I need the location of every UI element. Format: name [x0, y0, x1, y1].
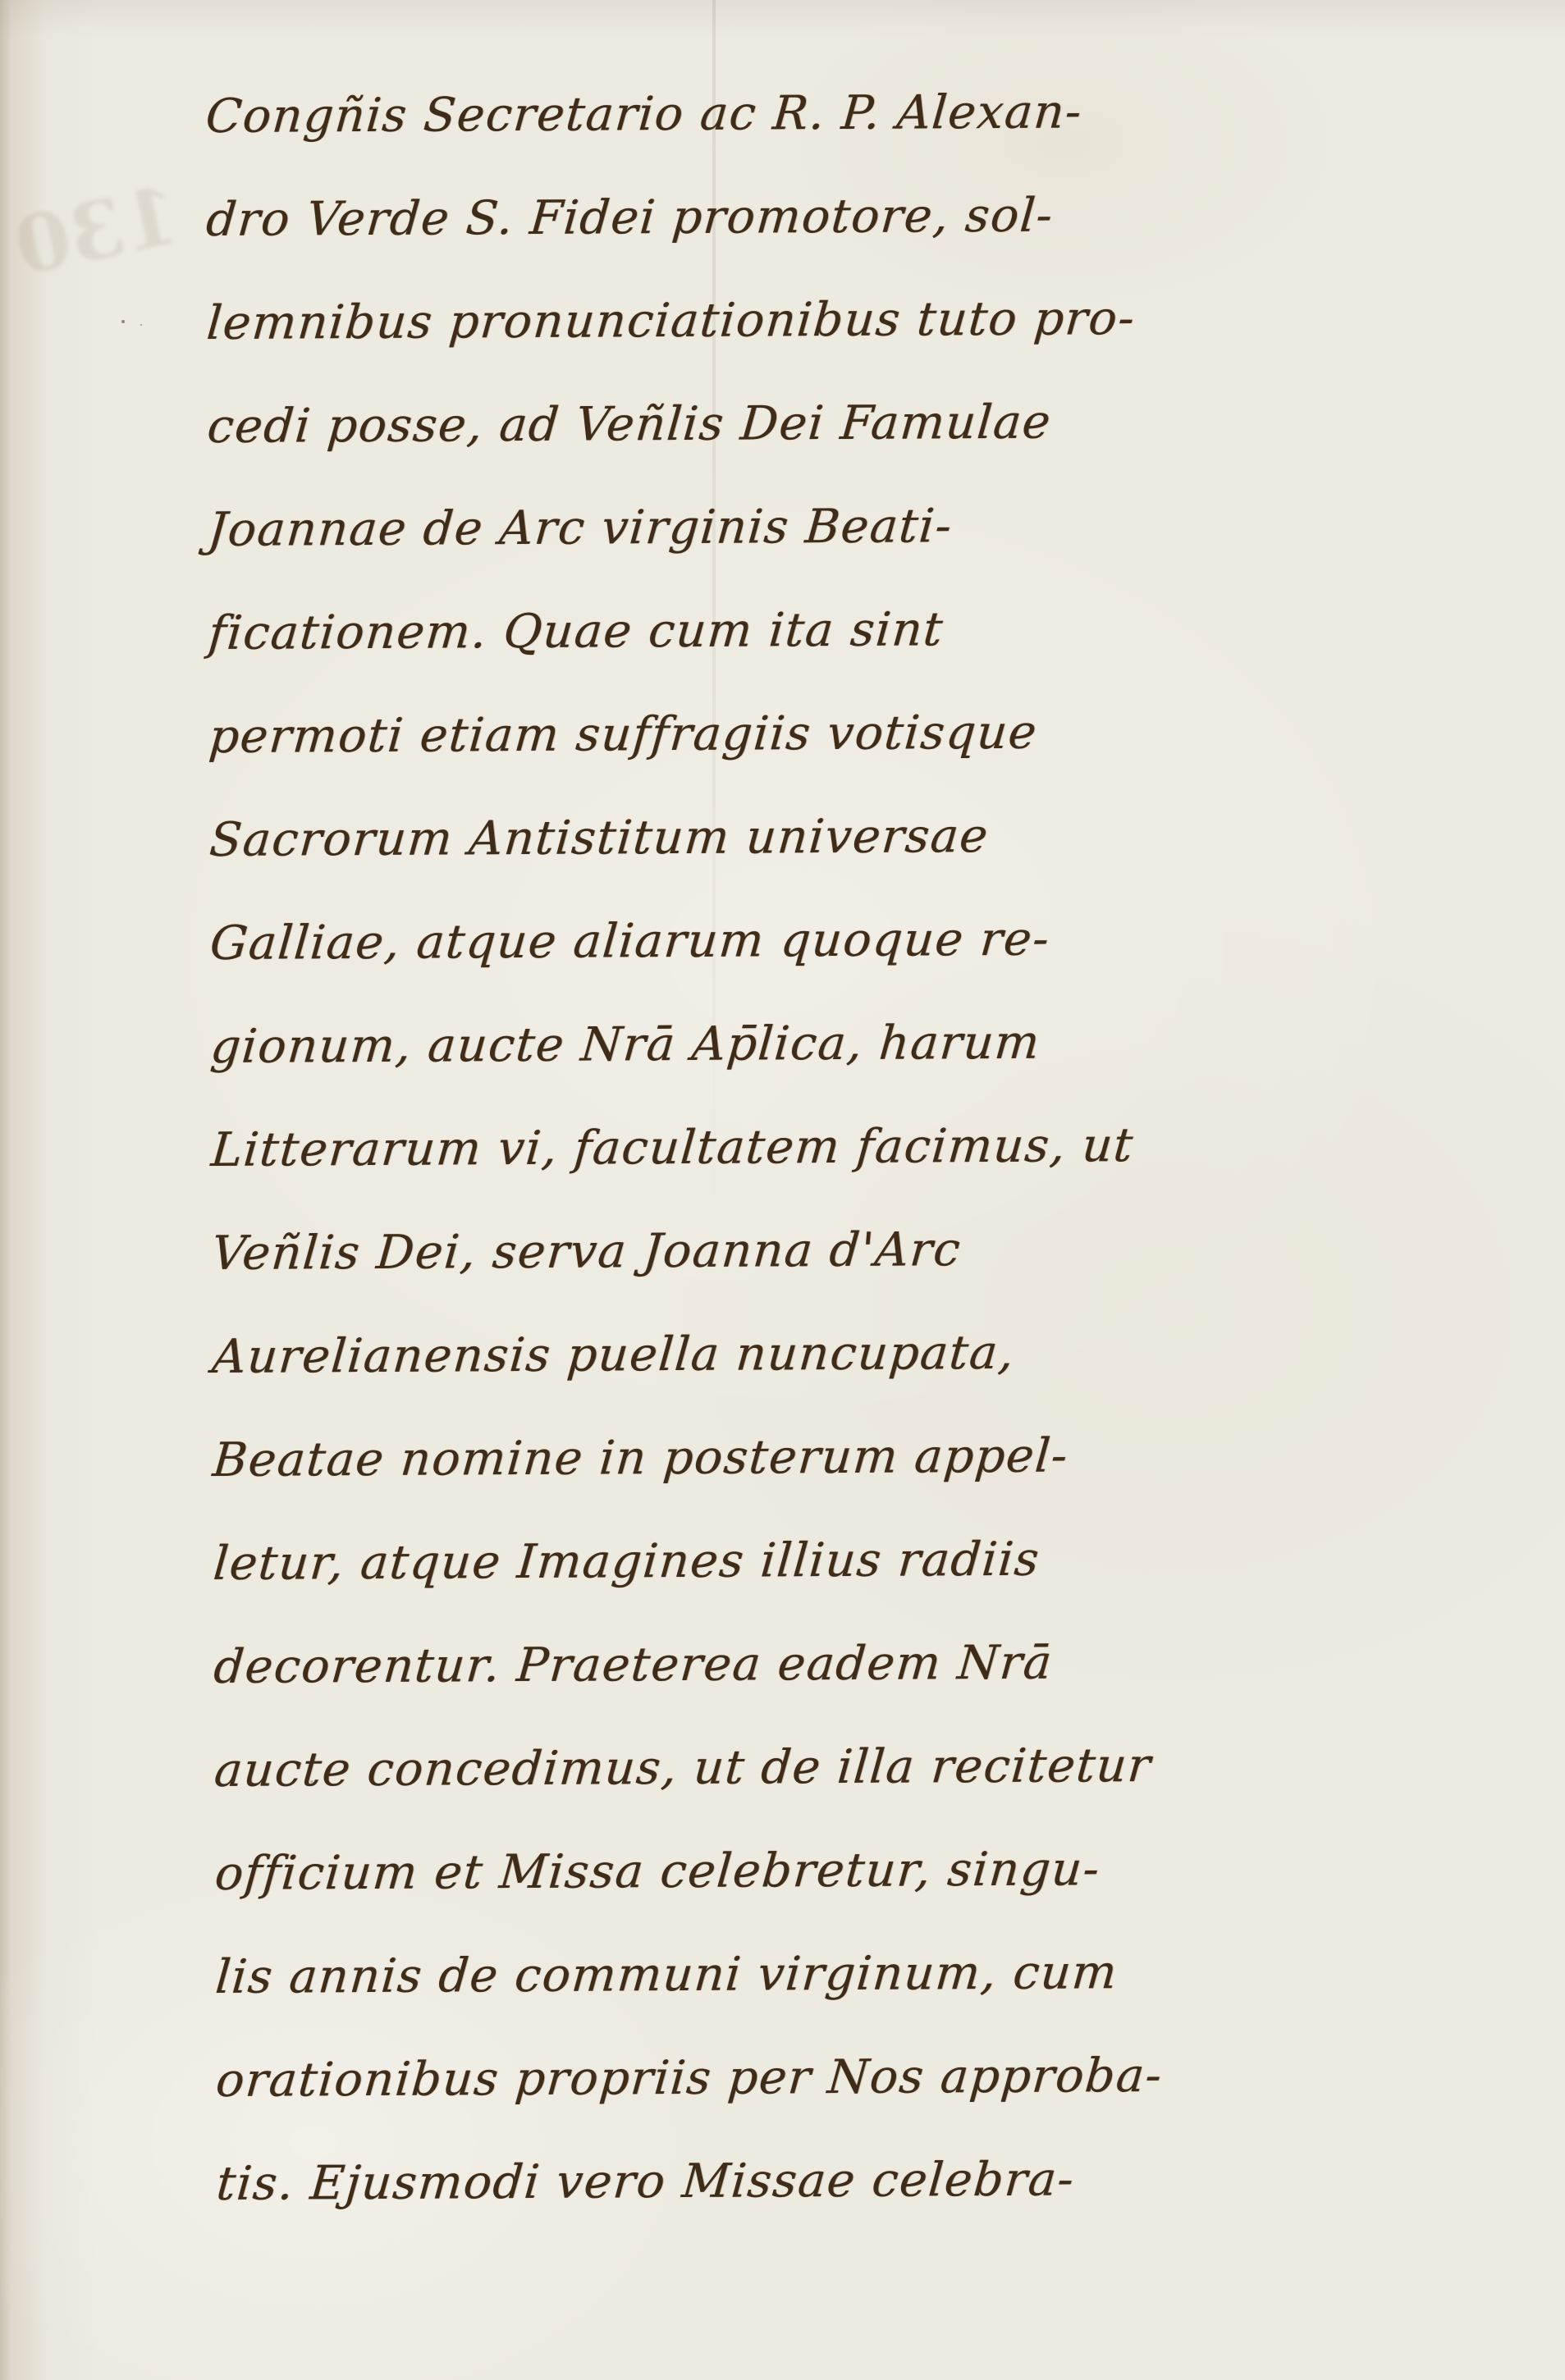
show-through-numeral: 130	[7, 168, 187, 293]
manuscript-line: dro Verde S. Fidei promotore, sol-	[202, 163, 1154, 272]
manuscript-line: permoti etiam suffragiis votisque	[205, 680, 1157, 788]
manuscript-line: Congñis Secretario ac R. P. Alexan-	[202, 60, 1154, 168]
manuscript-line: Beatae nomine in posterum appel-	[208, 1404, 1160, 1512]
manuscript-line: tis. Ejusmodi vero Missae celebra-	[213, 2127, 1165, 2236]
ink-specks	[121, 320, 125, 323]
manuscript-page: 130 Congñis Secretario ac R. P. Alexan- …	[0, 0, 1565, 2380]
page-top-shade	[0, 0, 1565, 38]
manuscript-line: Aurelianensis puella nuncupata,	[208, 1300, 1160, 1409]
manuscript-line: letur, atque Imagines illius radiis	[209, 1507, 1161, 1615]
manuscript-line: Galliae, atque aliarum quoque re-	[206, 887, 1158, 995]
manuscript-line: Litterarum vi, facultatem facimus, ut	[207, 1094, 1159, 1202]
manuscript-line: lemnibus pronunciationibus tuto pro-	[203, 267, 1155, 375]
manuscript-line: Veñlis Dei, serva Joanna d'Arc	[208, 1197, 1160, 1305]
manuscript-line: lis annis de communi virginum, cum	[212, 1921, 1164, 2029]
manuscript-line: Joannae de Arc virginis Beati-	[204, 473, 1155, 582]
manuscript-text-block: Congñis Secretario ac R. P. Alexan- dro …	[201, 60, 1156, 2236]
manuscript-line: decorentur. Praeterea eadem Nrā	[210, 1610, 1162, 1719]
manuscript-line: officium et Missa celebretur, singu-	[211, 1817, 1163, 1925]
manuscript-line: aucte concedimus, ut de illa recitetur	[210, 1714, 1162, 1822]
manuscript-line: gionum, aucte Nrā Ap̄lica, harum	[207, 990, 1159, 1099]
manuscript-line: Sacrorum Antistitum universae	[205, 783, 1157, 892]
manuscript-line: cedi posse, ad Veñlis Dei Famulae	[204, 370, 1155, 478]
manuscript-line: orationibus propriis per Nos approba-	[212, 2024, 1164, 2132]
manuscript-line: ficationem. Quae cum ita sint	[204, 577, 1156, 685]
